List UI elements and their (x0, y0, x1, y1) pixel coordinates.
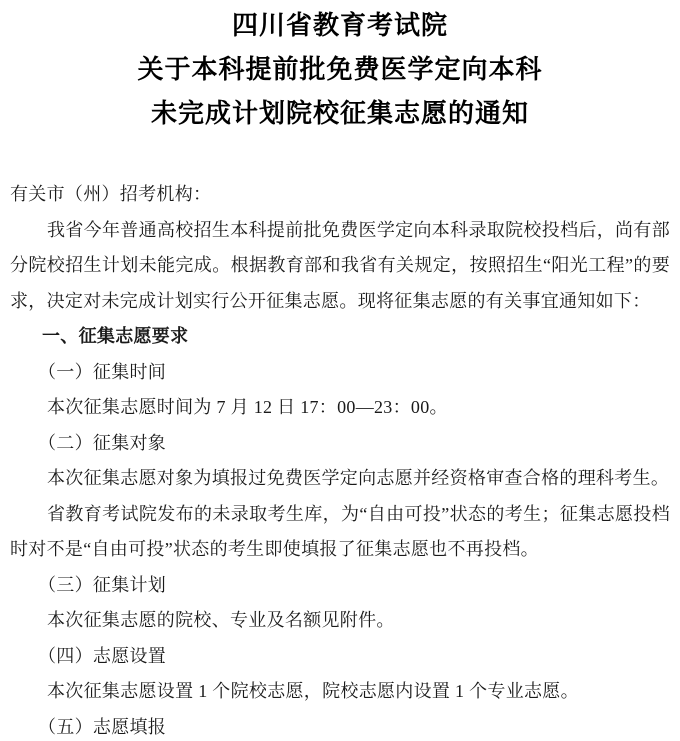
paragraph-plan: 本次征集志愿的院校、专业及名额见附件。 (10, 603, 670, 639)
salutation: 有关市（州）招考机构： (10, 177, 670, 213)
paragraph-time: 本次征集志愿时间为 7 月 12 日 17：00—23：00。 (10, 390, 670, 426)
paragraph-settings: 本次征集志愿设置 1 个院校志愿，院校志愿内设置 1 个专业志愿。 (10, 674, 670, 710)
paragraph-status: 省教育考试院发布的未录取考生库，为“自由可投”状态的考生；征集志愿投档时对不是“… (10, 497, 670, 568)
section-heading-requirements: 一、征集志愿要求 (10, 319, 670, 355)
subsection-heading-target: （二）征集对象 (10, 426, 670, 462)
document-title-block: 四川省教育考试院 关于本科提前批免费医学定向本科 未完成计划院校征集志愿的通知 (0, 0, 680, 136)
notice-document-page: 四川省教育考试院 关于本科提前批免费医学定向本科 未完成计划院校征集志愿的通知 … (0, 0, 680, 741)
title-line-issuer: 四川省教育考试院 (0, 4, 680, 48)
subsection-heading-time: （一）征集时间 (10, 355, 670, 391)
intro-paragraph: 我省今年普通高校招生本科提前批免费医学定向本科录取院校投档后，尚有部分院校招生计… (10, 213, 670, 320)
title-line-subject-1: 关于本科提前批免费医学定向本科 (0, 48, 680, 92)
subsection-heading-filling: （五）志愿填报 (10, 710, 670, 741)
document-body: 有关市（州）招考机构： 我省今年普通高校招生本科提前批免费医学定向本科录取院校投… (0, 177, 680, 741)
subsection-heading-plan: （三）征集计划 (10, 568, 670, 604)
paragraph-target: 本次征集志愿对象为填报过免费医学定向志愿并经资格审查合格的理科考生。 (10, 461, 670, 497)
subsection-heading-settings: （四）志愿设置 (10, 639, 670, 675)
title-line-subject-2: 未完成计划院校征集志愿的通知 (0, 92, 680, 136)
